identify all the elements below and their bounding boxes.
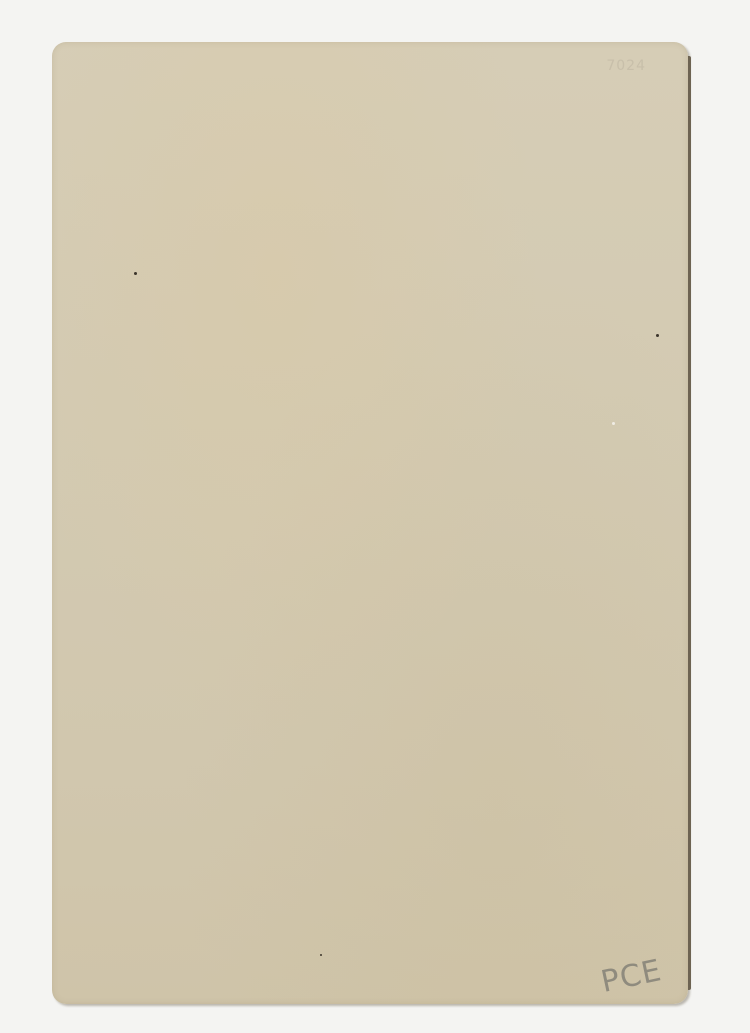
pencil-handwriting: PCE <box>598 953 665 1000</box>
card-back: 7024 PCE <box>52 42 688 1004</box>
speck <box>134 272 137 275</box>
speck <box>612 422 615 425</box>
speck <box>320 954 322 956</box>
speck <box>656 334 659 337</box>
card-edge <box>688 56 691 990</box>
faint-stamp: 7024 <box>606 58 646 74</box>
